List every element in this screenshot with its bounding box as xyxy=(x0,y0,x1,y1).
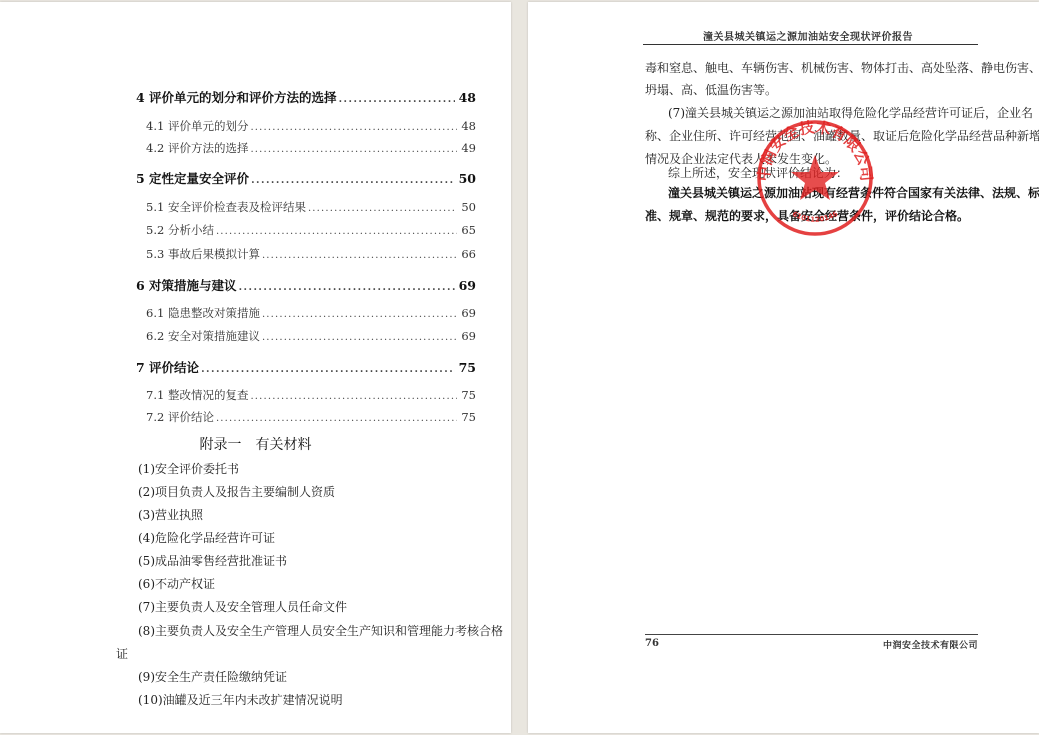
toc-entry-label: 5.1 安全评价检查表及检评结果 xyxy=(146,199,308,215)
appendix-item: (9)安全生产责任险缴纳凭证 xyxy=(138,668,287,685)
appendix-item: (3)营业执照 xyxy=(138,506,203,523)
footer-rule xyxy=(645,634,978,635)
toc-entry-page: 48 xyxy=(457,119,476,133)
toc-entry-label: 4.1 评价单元的划分 xyxy=(146,118,250,134)
toc-dot-leader xyxy=(250,144,457,155)
toc-entry-page: 50 xyxy=(457,200,476,214)
toc-entry-label: 5.2 分析小结 xyxy=(146,222,216,238)
toc-dot-leader xyxy=(308,203,457,214)
appendix-item: (5)成品油零售经营批准证书 xyxy=(138,552,287,569)
toc-entry-page: 69 xyxy=(457,306,476,320)
toc-entry-page: 69 xyxy=(457,329,476,343)
toc-entry[interactable]: 4.1 评价单元的划分48 xyxy=(146,118,476,134)
toc-entry-label: 7.2 评价结论 xyxy=(146,409,216,425)
body-line: 准、规章、规范的要求，具备安全经营条件，评价结论合格。 xyxy=(645,207,969,224)
page-number: 76 xyxy=(645,638,659,649)
toc-dot-leader xyxy=(250,122,457,133)
header-rule xyxy=(643,44,978,45)
toc-entry[interactable]: 4 评价单元的划分和评价方法的选择48 xyxy=(136,88,476,106)
toc-entry-page: 75 xyxy=(457,388,476,402)
body-line: 潼关县城关镇运之源加油站现有经营条件符合国家有关法律、法规、标 xyxy=(668,184,1039,201)
toc-dot-leader xyxy=(339,94,455,105)
toc-entry-label: 6.1 隐患整改对策措施 xyxy=(146,305,262,321)
appendix-item: 证 xyxy=(116,645,128,662)
toc-entry[interactable]: 4.2 评价方法的选择49 xyxy=(146,140,476,156)
toc-entry-label: 4.2 评价方法的选择 xyxy=(146,140,250,156)
toc-entry[interactable]: 5.1 安全评价检查表及检评结果50 xyxy=(146,199,476,215)
appendix-item: (1)安全评价委托书 xyxy=(138,460,239,477)
toc-dot-leader xyxy=(262,332,457,343)
toc-entry-page: 75 xyxy=(455,360,476,375)
toc-entry-label: 5.3 事故后果模拟计算 xyxy=(146,246,262,262)
document-page-right: 潼关县城关镇运之源加油站安全现状评价报告 毒和窒息、触电、车辆伤害、机械伤害、物… xyxy=(528,2,1039,733)
toc-entry-page: 65 xyxy=(457,223,476,237)
toc-entry-label: 7 评价结论 xyxy=(136,358,201,376)
toc-entry[interactable]: 5.3 事故后果模拟计算66 xyxy=(146,246,476,262)
toc-dot-leader xyxy=(201,364,455,375)
toc-entry-label: 7.1 整改情况的复查 xyxy=(146,387,250,403)
appendix-item: (4)危险化学品经营许可证 xyxy=(138,529,275,546)
toc-entry-page: 50 xyxy=(455,171,476,186)
body-line: 称、企业住所、许可经营范围、油罐数量、取证后危险化学品经营品种新增 xyxy=(645,127,1039,144)
toc-entry-label: 4 评价单元的划分和评价方法的选择 xyxy=(136,88,339,106)
toc-entry[interactable]: 6 对策措施与建议69 xyxy=(136,276,476,294)
toc-entry-label: 6.2 安全对策措施建议 xyxy=(146,328,262,344)
toc-entry[interactable]: 7.1 整改情况的复查75 xyxy=(146,387,476,403)
toc-entry[interactable]: 5 定性定量安全评价50 xyxy=(136,169,476,187)
running-header: 潼关县城关镇运之源加油站安全现状评价报告 xyxy=(638,28,978,43)
appendix-item: (6)不动产权证 xyxy=(138,575,215,592)
toc-entry-page: 66 xyxy=(457,247,476,261)
toc-dot-leader xyxy=(262,250,457,261)
toc-dot-leader xyxy=(251,175,455,186)
toc-dot-leader xyxy=(239,282,455,293)
body-line: 坍塌、高、低温伤害等。 xyxy=(645,81,777,98)
appendix-item: (7)主要负责人及安全管理人员任命文件 xyxy=(138,598,347,615)
toc-entry-label: 6 对策措施与建议 xyxy=(136,276,239,294)
body-line: (7)潼关县城关镇运之源加油站取得危险化学品经营许可证后，企业名 xyxy=(668,104,1033,121)
appendix-title: 附录一 有关材料 xyxy=(0,434,511,454)
body-line: 毒和窒息、触电、车辆伤害、机械伤害、物体打击、高处坠落、静电伤害、 xyxy=(645,59,1039,76)
toc-entry-page: 48 xyxy=(455,90,476,105)
toc-entry[interactable]: 7 评价结论75 xyxy=(136,358,476,376)
toc-entry-page: 75 xyxy=(457,410,476,424)
appendix-item: (2)项目负责人及报告主要编制人资质 xyxy=(138,483,335,500)
appendix-item: (10)油罐及近三年内未改扩建情况说明 xyxy=(138,691,343,708)
body-line: 综上所述，安全现状评价结论为： xyxy=(668,164,848,181)
toc-entry-label: 5 定性定量安全评价 xyxy=(136,169,251,187)
footer-company: 中润安全技术有限公司 xyxy=(883,638,978,651)
toc-dot-leader xyxy=(216,226,457,237)
toc-entry-page: 69 xyxy=(455,278,476,293)
toc-entry[interactable]: 5.2 分析小结65 xyxy=(146,222,476,238)
toc-dot-leader xyxy=(216,413,457,424)
toc-entry[interactable]: 6.2 安全对策措施建议69 xyxy=(146,328,476,344)
document-page-left: 4 评价单元的划分和评价方法的选择484.1 评价单元的划分484.2 评价方法… xyxy=(0,2,511,733)
toc-dot-leader xyxy=(250,391,457,402)
toc-entry[interactable]: 6.1 隐患整改对策措施69 xyxy=(146,305,476,321)
toc-entry[interactable]: 7.2 评价结论75 xyxy=(146,409,476,425)
appendix-item: (8)主要负责人及安全生产管理人员安全生产知识和管理能力考核合格 xyxy=(138,622,503,639)
toc-dot-leader xyxy=(262,309,457,320)
toc-entry-page: 49 xyxy=(457,141,476,155)
